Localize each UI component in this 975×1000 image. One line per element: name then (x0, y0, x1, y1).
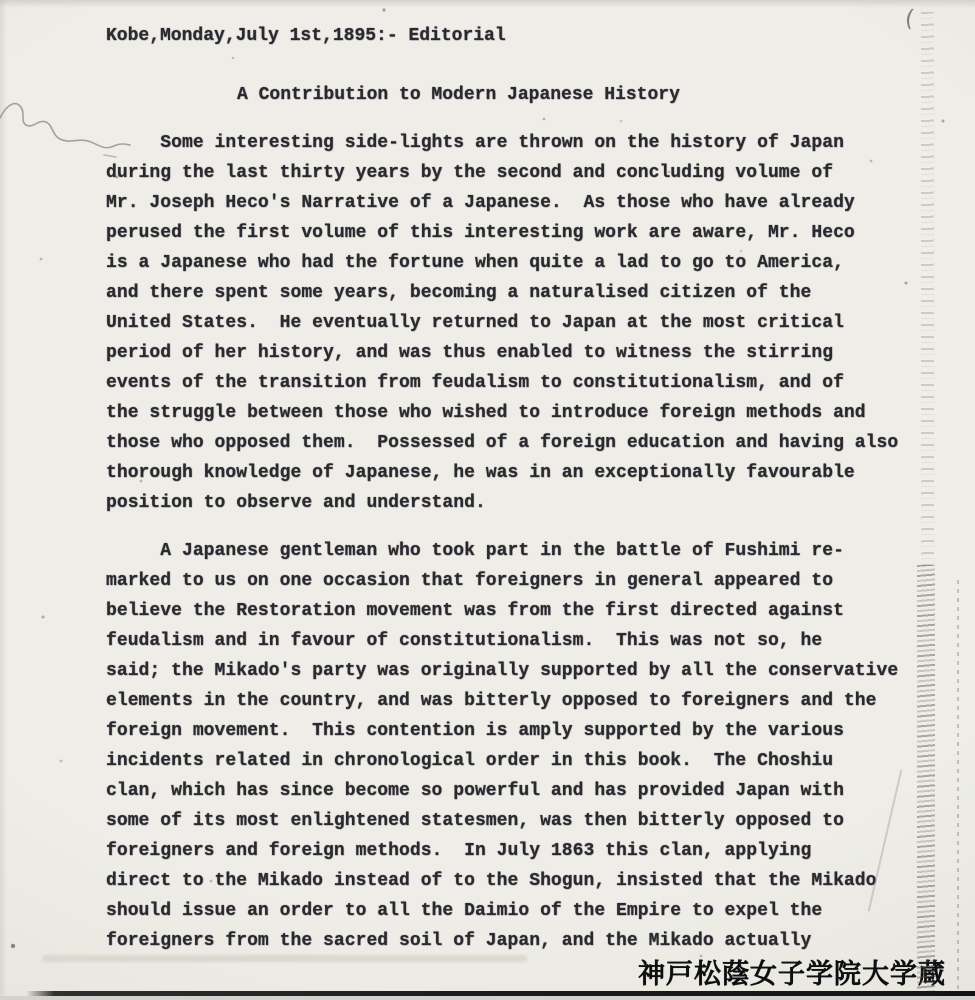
smudge-artifact (42, 955, 527, 962)
paragraph-2: A Japanese gentleman who took part in th… (106, 536, 898, 956)
dateline: Kobe,Monday,July 1st,1895:- Editorial (106, 25, 506, 47)
library-collection-stamp: 神戸松蔭女子学院大学蔵 (638, 959, 946, 991)
stray-paren-mark: ( (903, 6, 916, 33)
document-title: A Contribution to Modern Japanese Histor… (237, 84, 680, 106)
scanned-document-page: ( Kobe,Monday,July 1st,1895:- Editorial … (0, 0, 975, 1000)
scanner-noise-strip-lower (917, 565, 935, 995)
scan-edge-below-bar (0, 996, 975, 1000)
scanner-noise-line (957, 580, 959, 995)
scan-edge-shading-top (0, 0, 975, 8)
paper-specks (0, 0, 2, 2)
scanner-noise-strip-upper (921, 12, 934, 572)
paragraph-1: Some interesting side-lights are thrown … (106, 128, 898, 518)
